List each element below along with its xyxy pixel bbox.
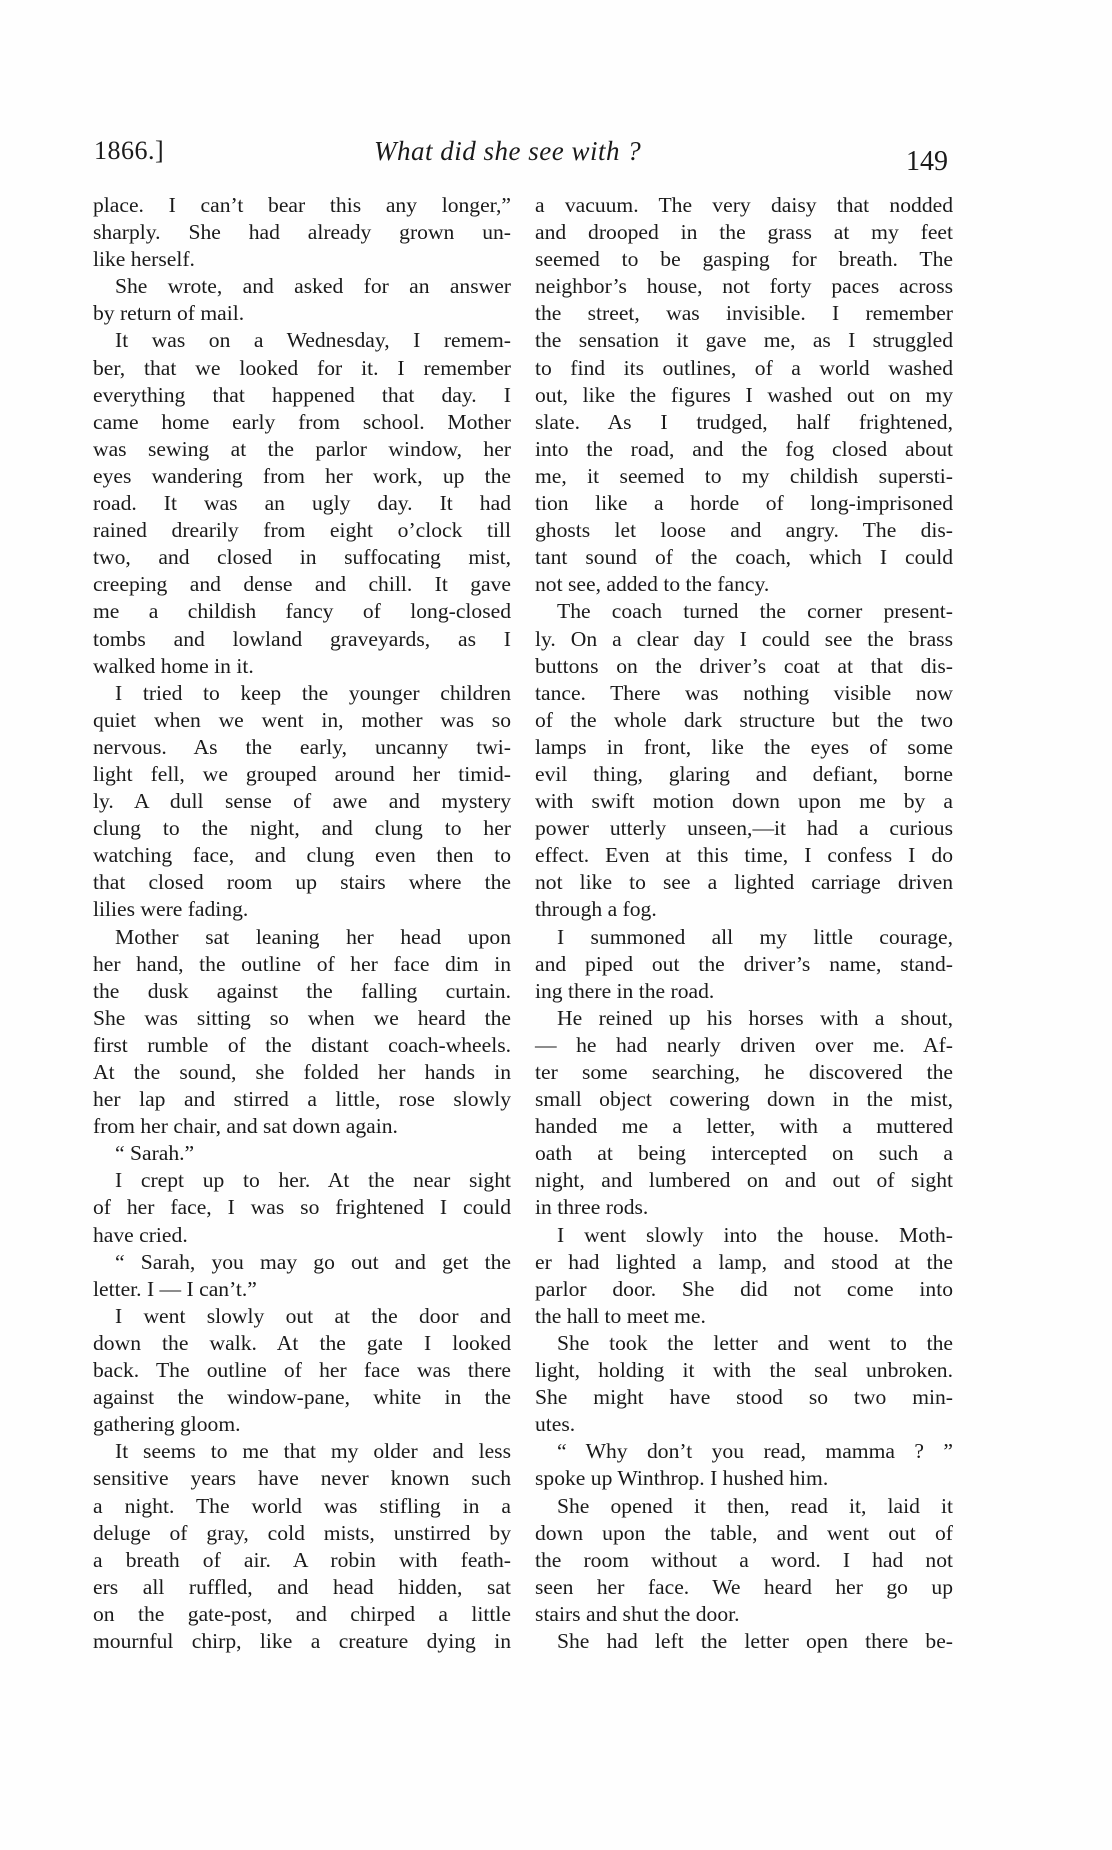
text-line: ers all ruffled, and head hidden, sat xyxy=(93,1574,511,1601)
paragraph: The coach turned the corner present-ly. … xyxy=(535,598,953,923)
running-head: 1866.] What did she see with ? 149 xyxy=(94,136,948,176)
text-line: place. I can’t bear this any longer,” xyxy=(93,192,511,219)
text-line: against the window-pane, white in the xyxy=(93,1384,511,1411)
text-line: rained drearily from eight o’clock till xyxy=(93,517,511,544)
text-line: He reined up his horses with a shout, xyxy=(535,1005,953,1032)
text-line: ing there in the road. xyxy=(535,978,953,1005)
text-line: lamps in front, like the eyes of some xyxy=(535,734,953,761)
text-line: and drooped in the grass at my feet xyxy=(535,219,953,246)
paragraph: I went slowly into the house. Moth-er ha… xyxy=(535,1222,953,1330)
text-line: two, and closed in suffocating mist, xyxy=(93,544,511,571)
text-line: ly. A dull sense of awe and mystery xyxy=(93,788,511,815)
paragraph: It was on a Wednesday, I remem-ber, that… xyxy=(93,327,511,679)
text-line: ly. On a clear day I could see the brass xyxy=(535,626,953,653)
text-line: I summoned all my little courage, xyxy=(535,924,953,951)
text-line: She wrote, and asked for an answer xyxy=(93,273,511,300)
paragraph: She took the letter and went to thelight… xyxy=(535,1330,953,1438)
paragraph: “ Why don’t you read, mamma ? ”spoke up … xyxy=(535,1438,953,1492)
text-line: eyes wandering from her work, up the xyxy=(93,463,511,490)
text-line: sensitive years have never known such xyxy=(93,1465,511,1492)
text-line: seemed to be gasping for breath. The xyxy=(535,246,953,273)
text-line: neighbor’s house, not forty paces across xyxy=(535,273,953,300)
text-line: the street, was invisible. I remember xyxy=(535,300,953,327)
text-line: me, it seemed to my childish supersti- xyxy=(535,463,953,490)
text-line: oath at being intercepted on such a xyxy=(535,1140,953,1167)
text-line: walked home in it. xyxy=(93,653,511,680)
text-line: — he had nearly driven over me. Af- xyxy=(535,1032,953,1059)
text-line: She took the letter and went to the xyxy=(535,1330,953,1357)
paragraph: “ Sarah, you may go out and get thelette… xyxy=(93,1249,511,1303)
text-line: back. The outline of her face was there xyxy=(93,1357,511,1384)
text-line: like herself. xyxy=(93,246,511,273)
page-number: 149 xyxy=(906,146,948,178)
text-line: first rumble of the distant coach-wheels… xyxy=(93,1032,511,1059)
text-line: and piped out the driver’s name, stand- xyxy=(535,951,953,978)
text-line: She was sitting so when we heard the xyxy=(93,1005,511,1032)
book-page: 1866.] What did she see with ? 149 place… xyxy=(0,0,1112,1850)
text-line: not see, added to the fancy. xyxy=(535,571,953,598)
text-line: of her face, I was so frightened I could xyxy=(93,1194,511,1221)
paragraph: It seems to me that my older and lesssen… xyxy=(93,1438,511,1655)
text-line: parlor door. She did not come into xyxy=(535,1276,953,1303)
text-line: I went slowly out at the door and xyxy=(93,1303,511,1330)
text-line: not like to see a lighted carriage drive… xyxy=(535,869,953,896)
left-text-column: place. I can’t bear this any longer,”sha… xyxy=(93,192,511,1655)
text-line: At the sound, she folded her hands in xyxy=(93,1059,511,1086)
running-head-year: 1866.] xyxy=(94,136,164,166)
text-line: to find its outlines, of a world washed xyxy=(535,355,953,382)
text-line: have cried. xyxy=(93,1222,511,1249)
paragraph: I tried to keep the younger childrenquie… xyxy=(93,680,511,924)
text-line: seen her face. We heard her go up xyxy=(535,1574,953,1601)
text-line: slate. As I trudged, half frightened, xyxy=(535,409,953,436)
text-line: was sewing at the parlor window, her xyxy=(93,436,511,463)
text-line: night, and lumbered on and out of sight xyxy=(535,1167,953,1194)
text-line: power utterly unseen,—it had a curious xyxy=(535,815,953,842)
text-line: tombs and lowland graveyards, as I xyxy=(93,626,511,653)
text-line: I went slowly into the house. Moth- xyxy=(535,1222,953,1249)
paragraph: I summoned all my little courage,and pip… xyxy=(535,924,953,1005)
text-line: in three rods. xyxy=(535,1194,953,1221)
text-line: “ Sarah.” xyxy=(93,1140,511,1167)
text-line: stairs and shut the door. xyxy=(535,1601,953,1628)
text-line: “ Sarah, you may go out and get the xyxy=(93,1249,511,1276)
text-line: a night. The world was stifling in a xyxy=(93,1493,511,1520)
text-line: out, like the figures I washed out on my xyxy=(535,382,953,409)
text-line: quiet when we went in, mother was so xyxy=(93,707,511,734)
text-line: ber, that we looked for it. I remember xyxy=(93,355,511,382)
text-line: a breath of air. A robin with feath- xyxy=(93,1547,511,1574)
text-line: the dusk against the falling curtain. xyxy=(93,978,511,1005)
text-line: of the whole dark structure but the two xyxy=(535,707,953,734)
text-line: ghosts let loose and angry. The dis- xyxy=(535,517,953,544)
text-line: nervous. As the early, uncanny twi- xyxy=(93,734,511,761)
text-line: effect. Even at this time, I confess I d… xyxy=(535,842,953,869)
text-line: the room without a word. I had not xyxy=(535,1547,953,1574)
text-line: watching face, and clung even then to xyxy=(93,842,511,869)
text-line: tion like a horde of long-imprisoned xyxy=(535,490,953,517)
text-line: The coach turned the corner present- xyxy=(535,598,953,625)
text-line: from her chair, and sat down again. xyxy=(93,1113,511,1140)
paragraph: She wrote, and asked for an answerby ret… xyxy=(93,273,511,327)
text-line: down the walk. At the gate I looked xyxy=(93,1330,511,1357)
text-line: mournful chirp, like a creature dying in xyxy=(93,1628,511,1655)
paragraph: a vacuum. The very daisy that noddedand … xyxy=(535,192,953,598)
text-line: down upon the table, and went out of xyxy=(535,1520,953,1547)
text-line: on the gate-post, and chirped a little xyxy=(93,1601,511,1628)
text-line: through a fog. xyxy=(535,896,953,923)
text-line: her lap and stirred a little, rose slowl… xyxy=(93,1086,511,1113)
text-line: small object cowering down in the mist, xyxy=(535,1086,953,1113)
paragraph: I crept up to her. At the near sightof h… xyxy=(93,1167,511,1248)
text-line: handed me a letter, with a muttered xyxy=(535,1113,953,1140)
text-line: the hall to meet me. xyxy=(535,1303,953,1330)
paragraph: Mother sat leaning her head uponher hand… xyxy=(93,924,511,1141)
text-line: gathering gloom. xyxy=(93,1411,511,1438)
text-line: her hand, the outline of her face dim in xyxy=(93,951,511,978)
text-line: that closed room up stairs where the xyxy=(93,869,511,896)
text-line: ter some searching, he discovered the xyxy=(535,1059,953,1086)
text-line: She might have stood so two min- xyxy=(535,1384,953,1411)
text-line: utes. xyxy=(535,1411,953,1438)
text-line: evil thing, glaring and defiant, borne xyxy=(535,761,953,788)
text-line: tance. There was nothing visible now xyxy=(535,680,953,707)
text-line: a vacuum. The very daisy that nodded xyxy=(535,192,953,219)
text-line: spoke up Winthrop. I hushed him. xyxy=(535,1465,953,1492)
text-line: creeping and dense and chill. It gave xyxy=(93,571,511,598)
paragraph: I went slowly out at the door anddown th… xyxy=(93,1303,511,1438)
text-line: “ Why don’t you read, mamma ? ” xyxy=(535,1438,953,1465)
text-line: the sensation it gave me, as I struggled xyxy=(535,327,953,354)
text-line: came home early from school. Mother xyxy=(93,409,511,436)
text-line: road. It was an ugly day. It had xyxy=(93,490,511,517)
text-line: letter. I — I can’t.” xyxy=(93,1276,511,1303)
text-line: er had lighted a lamp, and stood at the xyxy=(535,1249,953,1276)
text-line: I crept up to her. At the near sight xyxy=(93,1167,511,1194)
text-line: I tried to keep the younger children xyxy=(93,680,511,707)
text-line: lilies were fading. xyxy=(93,896,511,923)
text-line: sharply. She had already grown un- xyxy=(93,219,511,246)
text-line: buttons on the driver’s coat at that dis… xyxy=(535,653,953,680)
text-line: It was on a Wednesday, I remem- xyxy=(93,327,511,354)
text-line: light fell, we grouped around her timid- xyxy=(93,761,511,788)
text-line: light, holding it with the seal unbroken… xyxy=(535,1357,953,1384)
paragraph: “ Sarah.” xyxy=(93,1140,511,1167)
text-line: She had left the letter open there be- xyxy=(535,1628,953,1655)
text-line: clung to the night, and clung to her xyxy=(93,815,511,842)
text-line: She opened it then, read it, laid it xyxy=(535,1493,953,1520)
text-line: by return of mail. xyxy=(93,300,511,327)
right-text-column: a vacuum. The very daisy that noddedand … xyxy=(535,192,953,1655)
text-line: me a childish fancy of long-closed xyxy=(93,598,511,625)
running-head-title: What did she see with ? xyxy=(374,136,641,167)
text-line: into the road, and the fog closed about xyxy=(535,436,953,463)
paragraph: She had left the letter open there be- xyxy=(535,1628,953,1655)
text-line: tant sound of the coach, which I could xyxy=(535,544,953,571)
text-line: with swift motion down upon me by a xyxy=(535,788,953,815)
paragraph: place. I can’t bear this any longer,”sha… xyxy=(93,192,511,273)
text-line: Mother sat leaning her head upon xyxy=(93,924,511,951)
text-line: deluge of gray, cold mists, unstirred by xyxy=(93,1520,511,1547)
paragraph: He reined up his horses with a shout,— h… xyxy=(535,1005,953,1222)
paragraph: She opened it then, read it, laid itdown… xyxy=(535,1493,953,1628)
text-line: everything that happened that day. I xyxy=(93,382,511,409)
text-line: It seems to me that my older and less xyxy=(93,1438,511,1465)
